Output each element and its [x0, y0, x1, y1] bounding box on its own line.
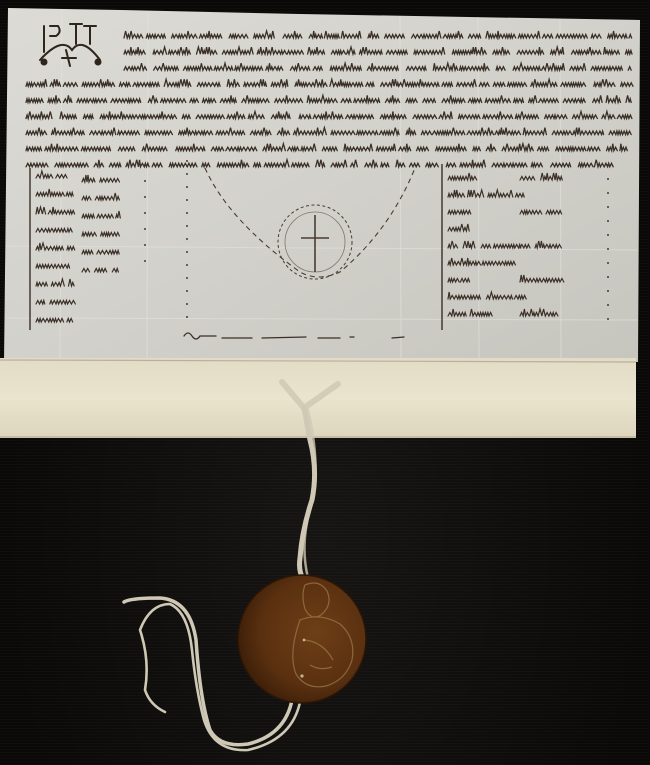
- papal-seal-bulla: [238, 575, 366, 703]
- charter-photograph: [0, 0, 650, 765]
